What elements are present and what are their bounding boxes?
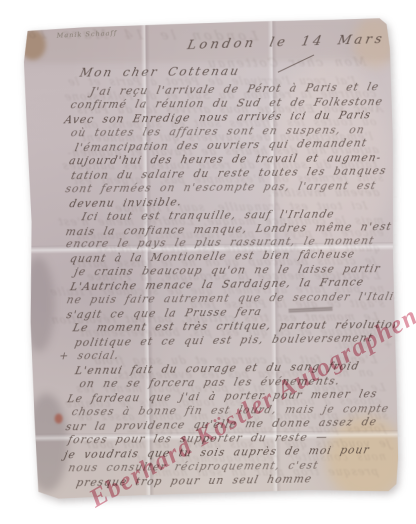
letter-body: J'ai reçu l'arrivale de Pérot à Paris et… bbox=[64, 82, 386, 490]
salutation: Mon cher Cottenau bbox=[78, 62, 383, 80]
photo-background: London le 14 Mars 1848 Mon cher Cottenau… bbox=[0, 0, 416, 524]
stain bbox=[25, 394, 68, 492]
letter-paper: London le 14 Mars 1848 Mon cher Cottenau… bbox=[24, 18, 401, 500]
letter-content: London le 14 Mars 1848 Mon cher Cottenau… bbox=[64, 34, 387, 490]
stain bbox=[55, 414, 63, 424]
dateline: London le 14 Mars 1848 bbox=[186, 32, 384, 54]
letter-paper-wrap: London le 14 Mars 1848 Mon cher Cottenau… bbox=[24, 18, 401, 500]
stain bbox=[22, 257, 55, 352]
